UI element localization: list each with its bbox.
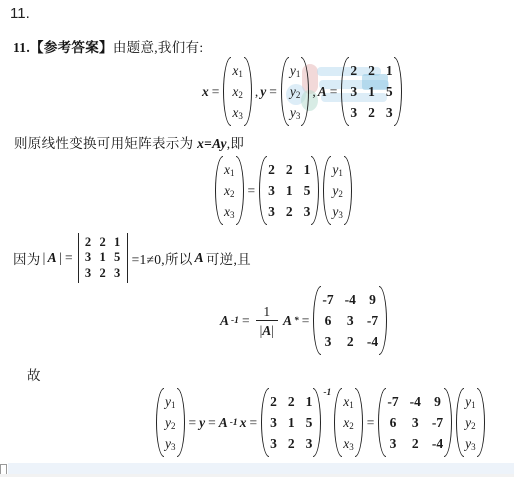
matrix-A: 221315323 xyxy=(261,388,321,457)
matrix-cell: x3 xyxy=(232,102,243,123)
matrix-cell: 2 xyxy=(99,266,106,282)
matrix-cell: y1 xyxy=(465,391,476,412)
var-y: y xyxy=(199,415,205,431)
matrix-cell: 3 xyxy=(270,433,277,454)
inverse-exponent: -1 xyxy=(230,418,238,428)
matrix-cell: 1 xyxy=(288,412,295,433)
matrix-cell: 1 xyxy=(114,235,121,251)
because-mid: =1≠0,所以 xyxy=(132,248,193,268)
matrix-cell: 9 xyxy=(369,289,376,310)
matrix-cell: 2 xyxy=(350,60,357,81)
determinant-A: 221315323 xyxy=(78,233,128,284)
matrix-cell: 3 xyxy=(390,433,397,454)
matrix-cell: -7 xyxy=(432,412,443,433)
determinant-statement: 因为|A|= 221315323 =1≠0,所以 A 可逆,且 xyxy=(13,233,251,283)
comma: , xyxy=(312,84,315,100)
matrix-cell: x2 xyxy=(343,412,354,433)
vector-y: y1y2y3 xyxy=(281,57,310,126)
matrix-cell: y2 xyxy=(290,81,301,102)
matrix-cell: 2 xyxy=(268,159,275,180)
matrix-cell: y3 xyxy=(165,433,176,454)
matrix-cell: 2 xyxy=(85,235,92,251)
matrix-form-equation: x1x2x3 = 221315323 y1y2y3 xyxy=(214,156,353,225)
var-y: y xyxy=(260,84,266,100)
final-equation: y1y2y3 =y=A-1x= 221315323-1 x1x2x3 = -7-… xyxy=(155,388,486,457)
matrix-cell: 3 xyxy=(350,102,357,123)
vector-x: x1x2x3 xyxy=(223,57,252,126)
matrix-cell: 1 xyxy=(304,159,311,180)
matrix-cell: 3 xyxy=(85,266,92,282)
matrix-cell: 5 xyxy=(306,412,313,433)
vector-x: x1x2x3 xyxy=(215,156,244,225)
equals-sign: = xyxy=(301,313,311,329)
abs-bar-right: | xyxy=(271,323,274,338)
equals-sign: = xyxy=(207,415,217,431)
equals-sign: = xyxy=(188,415,198,431)
matrix-cell: 6 xyxy=(390,412,397,433)
var-A: A xyxy=(48,250,57,266)
matrix-cell: -7 xyxy=(367,310,378,331)
answer-header-tag: 【参考答案】 xyxy=(30,40,113,55)
matrix-cell: 2 xyxy=(347,331,354,352)
matrix-cell: 5 xyxy=(114,250,121,266)
adjugate-star: * xyxy=(294,316,299,326)
matrix-cell: 3 xyxy=(114,266,121,282)
matrix-cell: x2 xyxy=(232,81,243,102)
therefore-label: 故 xyxy=(27,364,41,384)
matrix-cell: 2 xyxy=(288,433,295,454)
vector-y: y1y2y3 xyxy=(323,156,352,225)
abs-bar-left: | xyxy=(43,250,46,266)
var-A: A xyxy=(219,415,228,431)
matrix-cell: 3 xyxy=(85,250,92,266)
matrix-A: 221315323 xyxy=(341,57,401,126)
var-A: A xyxy=(262,323,271,338)
page-number: 11. xyxy=(10,5,30,22)
because-pre: 因为 xyxy=(13,248,41,268)
definition-equation: x= x1x2x3 ,y= y1y2y3 ,A= 221315323 xyxy=(202,57,403,126)
because-post: 可逆,且 xyxy=(206,248,251,268)
matrix-cell: 3 xyxy=(350,81,357,102)
equals-sign: = xyxy=(241,313,251,329)
matrix-cell: x1 xyxy=(232,60,243,81)
matrix-cell: y3 xyxy=(465,433,476,454)
fraction-denominator: |A| xyxy=(256,320,278,339)
matrix-cell: y2 xyxy=(165,412,176,433)
equals-sign: = xyxy=(211,84,221,100)
matrix-cell: 3 xyxy=(270,412,277,433)
vector-x: x1x2x3 xyxy=(334,388,363,457)
answer-header-number: 11. xyxy=(13,40,30,55)
matrix-cell: y2 xyxy=(332,180,343,201)
matrix-A-inverse: -7-4963-732-4 xyxy=(313,286,387,355)
matrix-cell: 2 xyxy=(368,60,375,81)
transform-pre: 则原线性变换可用矩阵表示为 xyxy=(14,136,197,151)
equals-sign: = xyxy=(329,84,339,100)
document-page: 11. 11.【参考答案】由题意,我们有: x= x1x2x3 ,y= y1y2… xyxy=(0,0,514,477)
matrix-cell: -7 xyxy=(322,289,333,310)
var-x: x xyxy=(240,415,247,431)
matrix-cell: 3 xyxy=(325,331,332,352)
matrix-cell: 2 xyxy=(286,159,293,180)
abs-bar-right: | xyxy=(59,250,62,266)
inverse-equation: A-1= 1 |A| A*= -7-4963-732-4 xyxy=(220,286,388,355)
matrix-cell: 3 xyxy=(386,102,393,123)
matrix-cell: 1 xyxy=(386,60,393,81)
inverse-exponent: -1 xyxy=(231,316,239,326)
matrix-cell: 1 xyxy=(368,81,375,102)
matrix-cell: x3 xyxy=(224,201,235,222)
matrix-cell: y1 xyxy=(332,159,343,180)
matrix-cell: 6 xyxy=(325,310,332,331)
matrix-cell: x3 xyxy=(343,433,354,454)
matrix-cell: 3 xyxy=(347,310,354,331)
equals-sign: = xyxy=(268,84,278,100)
fraction-one-over-detA: 1 |A| xyxy=(256,303,278,339)
equals-sign: = xyxy=(248,415,258,431)
matrix-cell: 2 xyxy=(286,201,293,222)
matrix-cell: -4 xyxy=(410,391,421,412)
matrix-cell: 2 xyxy=(288,391,295,412)
var-x: x xyxy=(202,84,209,100)
matrix-cell: 2 xyxy=(412,433,419,454)
comma: , xyxy=(255,84,258,100)
bottom-highlight-bar xyxy=(8,463,514,474)
matrix-cell: y1 xyxy=(290,60,301,81)
matrix-cell: y3 xyxy=(290,102,301,123)
matrix-inverse-exponent: -1 xyxy=(323,388,331,398)
matrix-cell: -4 xyxy=(367,331,378,352)
transform-post: ,即 xyxy=(227,136,244,151)
matrix-cell: y3 xyxy=(332,201,343,222)
matrix-cell: 3 xyxy=(268,201,275,222)
matrix-cell: 5 xyxy=(386,81,393,102)
matrix-cell: 1 xyxy=(99,250,106,266)
answer-header-text: 由题意,我们有: xyxy=(113,40,204,55)
equals-sign: = xyxy=(204,136,212,151)
matrix-cell: y2 xyxy=(465,412,476,433)
matrix-cell: -7 xyxy=(387,391,398,412)
matrix-cell: x2 xyxy=(224,180,235,201)
matrix-cell: 2 xyxy=(99,235,106,251)
matrix-cell: y1 xyxy=(165,391,176,412)
transform-statement: 则原线性变换可用矩阵表示为 x=Ay,即 xyxy=(14,132,244,152)
matrix-cell: x1 xyxy=(343,391,354,412)
matrix-cell: 5 xyxy=(304,180,311,201)
var-A-adjugate: A xyxy=(283,313,292,329)
matrix-cell: 3 xyxy=(304,201,311,222)
matrix-A: 221315323 xyxy=(259,156,319,225)
matrix-cell: -4 xyxy=(345,289,356,310)
matrix-cell: 1 xyxy=(306,391,313,412)
vector-y: y1y2y3 xyxy=(456,388,485,457)
fraction-numerator: 1 xyxy=(259,303,274,320)
matrix-cell: 3 xyxy=(412,412,419,433)
matrix-cell: 3 xyxy=(268,180,275,201)
matrix-cell: 2 xyxy=(368,102,375,123)
var-A: A xyxy=(318,84,327,100)
answer-header: 11.【参考答案】由题意,我们有: xyxy=(13,36,203,56)
matrix-cell: x1 xyxy=(224,159,235,180)
var-A: A xyxy=(220,313,229,329)
matrix-cell: -4 xyxy=(432,433,443,454)
equals-sign: = xyxy=(64,250,74,266)
matrix-cell: 3 xyxy=(306,433,313,454)
matrix-A-with-inverse-exponent: 221315323-1 xyxy=(260,388,331,457)
equals-sign: = xyxy=(247,183,257,199)
var-A: A xyxy=(195,250,204,266)
equals-sign: = xyxy=(366,415,376,431)
matrix-A-inverse: -7-4963-732-4 xyxy=(378,388,452,457)
matrix-cell: 2 xyxy=(270,391,277,412)
matrix-cell: 1 xyxy=(286,180,293,201)
vector-y: y1y2y3 xyxy=(156,388,185,457)
matrix-cell: 9 xyxy=(434,391,441,412)
